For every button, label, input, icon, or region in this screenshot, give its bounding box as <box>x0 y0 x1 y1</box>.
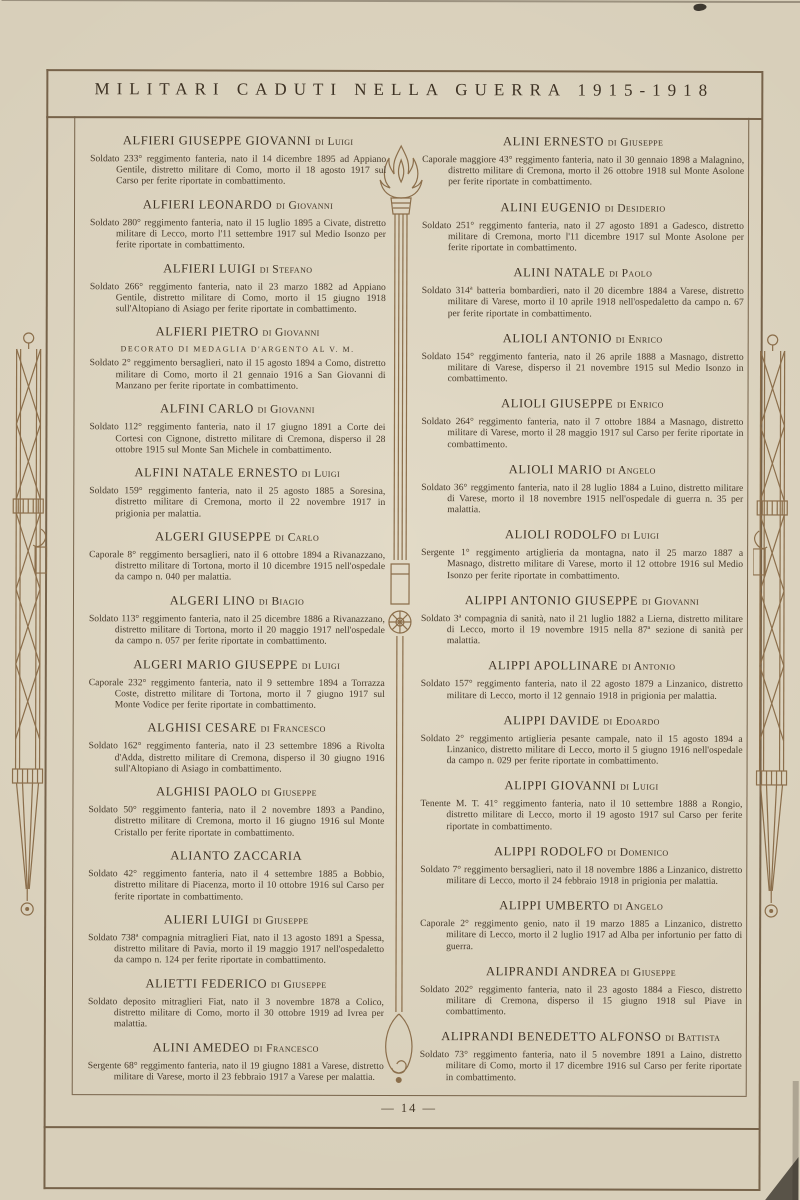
soldier-entry: ALINI ERNESTO di Giuseppe Caporale maggi… <box>422 134 744 188</box>
soldier-father-name: di Giovanni <box>263 327 320 339</box>
soldier-name: ALINI AMEDEO <box>153 1040 254 1054</box>
register-columns: ALFIERI GIUSEPPE GIOVANNI di Luigi Solda… <box>72 116 749 1096</box>
soldier-name-heading: ALIPPI ANTONIO GIUSEPPE di Giovanni <box>421 593 743 609</box>
soldier-name-heading: ALIPPI RODOLFO di Domenico <box>420 844 742 860</box>
soldier-record-text: Soldato 50° reggimento fanteria, nato il… <box>88 804 384 838</box>
soldier-father-name: di Carlo <box>275 532 319 544</box>
soldier-father-name: di Domenico <box>607 846 668 858</box>
soldier-father-name: di Desiderio <box>605 202 666 214</box>
soldier-record-text: Soldato 159° reggimento fanteria, nato i… <box>89 485 385 519</box>
soldier-father-name: di Luigi <box>302 659 340 671</box>
soldier-father-name: di Luigi <box>315 136 353 148</box>
soldier-father-name: di Edoardo <box>603 715 660 727</box>
soldier-record-text: Soldato 113° reggimento fanteria, nato i… <box>89 613 385 647</box>
soldier-record-text: Sergente 68° reggimento fanteria, nato i… <box>88 1060 384 1083</box>
footer-rule-bottom <box>44 1126 760 1129</box>
soldier-name-heading: ALINI EUGENIO di Desiderio <box>422 200 744 216</box>
soldier-record-text: Caporale 2° reggimento genio, nato il 19… <box>420 918 742 952</box>
soldier-name-heading: ALIOLI GIUSEPPE di Enrico <box>421 396 743 412</box>
soldier-name: ALIOLI RODOLFO <box>505 528 621 542</box>
soldier-name: ALGERI GIUSEPPE <box>155 529 275 543</box>
soldier-father-name: di Enrico <box>617 399 664 411</box>
soldier-entry: ALIOLI RODOLFO di Luigi Sergente 1° regg… <box>421 527 743 581</box>
soldier-entry: ALGERI GIUSEPPE di Carlo Caporale 8° reg… <box>89 529 385 583</box>
soldier-father-name: di Francesco <box>261 723 326 735</box>
soldier-name-heading: ALGHISI PAOLO di Giuseppe <box>88 784 384 800</box>
soldier-father-name: di Giovanni <box>642 595 699 607</box>
soldier-name: ALIOLI ANTONIO <box>503 331 616 345</box>
scan-edge-shadow <box>2 0 800 3</box>
decoration-citation: DECORATO DI MEDAGLIA D'ARGENTO AL V. M. <box>90 345 386 355</box>
soldier-name: ALFIERI LEONARDO <box>143 197 276 211</box>
soldier-name-heading: ALINI AMEDEO di Francesco <box>88 1040 384 1056</box>
soldier-entry: ALIERI LUIGI di Giuseppe Soldato 738ª co… <box>88 912 384 966</box>
soldier-record-text: Caporale 8° reggimento bersaglieri, nato… <box>89 549 385 583</box>
soldier-name: ALIPPI UMBERTO <box>499 898 613 912</box>
soldier-name-heading: ALFIERI LEONARDO di Giovanni <box>90 197 386 213</box>
page-edge-shadow <box>792 1081 798 1200</box>
page-number: — 14 — <box>72 1100 747 1117</box>
soldier-name: ALINI EUGENIO <box>500 200 604 214</box>
soldier-entry: ALINI EUGENIO di Desiderio Soldato 251° … <box>422 200 744 254</box>
soldier-entry: ALIPPI DAVIDE di Edoardo Soldato 2° regg… <box>421 713 743 767</box>
soldier-record-text: Soldato 266° reggimento fanteria, nato i… <box>90 281 386 315</box>
soldier-record-text: Soldato 2° reggimento artiglieria pesant… <box>421 733 743 767</box>
soldier-name-heading: ALFIERI PIETRO di Giovanni <box>90 325 386 341</box>
soldier-name-heading: ALFIERI LUIGI di Stefano <box>90 261 386 277</box>
soldier-name-heading: ALIERI LUIGI di Giuseppe <box>88 912 384 928</box>
soldier-name: ALIOLI GIUSEPPE <box>501 396 617 410</box>
soldier-name-heading: ALGERI LINO di Biagio <box>89 593 385 609</box>
soldier-name: ALIPPI RODOLFO <box>494 844 607 858</box>
soldier-name: ALINI NATALE <box>513 265 609 279</box>
soldier-entry: ALFIERI GIUSEPPE GIOVANNI di Luigi Solda… <box>90 133 386 187</box>
soldier-father-name: di Angelo <box>613 901 663 913</box>
soldier-record-text: Soldato 154° reggimento fanteria, nato i… <box>422 351 744 385</box>
soldier-name: ALGHISI PAOLO <box>156 785 261 799</box>
soldier-name: ALGERI MARIO GIUSEPPE <box>133 657 301 671</box>
soldier-father-name: di Luigi <box>302 468 340 480</box>
soldier-entry: ALIOLI GIUSEPPE di Enrico Soldato 264° r… <box>421 396 743 450</box>
soldier-name: ALIOLI MARIO <box>509 462 606 476</box>
soldier-name-heading: ALFINI CARLO di Giovanni <box>89 401 385 417</box>
soldier-record-text: Soldato 36° reggimento fanteria, nato il… <box>421 482 743 516</box>
soldier-father-name: di Biagio <box>259 595 304 607</box>
soldier-name: ALFINI NATALE ERNESTO <box>135 465 302 479</box>
soldier-name: ALIPPI GIOVANNI <box>504 779 620 793</box>
soldier-father-name: di Luigi <box>621 530 659 542</box>
soldier-name-heading: ALGERI GIUSEPPE di Carlo <box>89 529 385 545</box>
soldier-entry: ALIOLI ANTONIO di Enrico Soldato 154° re… <box>422 331 744 385</box>
soldier-father-name: di Paolo <box>609 268 652 280</box>
soldier-record-text: Tenente M. T. 41° reggimento fanteria, n… <box>420 798 742 832</box>
soldier-entry: ALFINI CARLO di Giovanni Soldato 112° re… <box>89 401 385 455</box>
soldier-record-text: Soldato 157° reggimento fanteria, nato i… <box>421 678 743 701</box>
soldier-name: ALFIERI GIUSEPPE GIOVANNI <box>123 133 315 148</box>
soldier-entry: ALIPRANDI ANDREA di Giuseppe Soldato 202… <box>420 964 742 1018</box>
soldier-entry: ALIPPI ANTONIO GIUSEPPE di Giovanni Sold… <box>421 593 743 647</box>
soldier-record-text: Soldato 3ª compagnia di sanità, nato il … <box>421 613 743 647</box>
frame-rule-bottom <box>43 1187 759 1190</box>
soldier-father-name: di Giuseppe <box>271 978 327 990</box>
soldier-name-heading: ALFIERI GIUSEPPE GIOVANNI di Luigi <box>90 133 386 149</box>
scanned-book-page: MILITARI CADUTI NELLA GUERRA 1915-1918 <box>0 0 800 1200</box>
column-divider-gap <box>384 117 423 1095</box>
soldier-name: ALIPPI DAVIDE <box>503 713 603 727</box>
soldier-name: ALIETTI FEDERICO <box>145 976 271 990</box>
soldier-name-heading: ALIPPI GIOVANNI di Luigi <box>420 778 742 794</box>
soldier-name-heading: ALIPRANDI ANDREA di Giuseppe <box>420 964 742 980</box>
soldier-name-heading: ALIPRANDI BENEDETTO ALFONSO di Battista <box>420 1029 742 1045</box>
soldier-name-heading: ALIOLI RODOLFO di Luigi <box>421 527 743 543</box>
soldier-entry: ALFIERI LEONARDO di Giovanni Soldato 280… <box>90 197 386 251</box>
soldier-entry: ALIPPI APOLLINARE di Antonio Soldato 157… <box>421 658 743 701</box>
soldier-entry: ALIETTI FEDERICO di Giuseppe Soldato dep… <box>88 976 384 1030</box>
soldier-name-heading: ALIOLI MARIO di Angelo <box>421 462 743 478</box>
lattice-tower-ornament-left <box>6 329 48 954</box>
soldier-name: ALIPRANDI ANDREA <box>486 964 621 978</box>
soldier-name-heading: ALGERI MARIO GIUSEPPE di Luigi <box>89 657 385 673</box>
soldier-record-text: Soldato 73° reggimento fanteria, nato il… <box>420 1049 742 1083</box>
soldier-record-text: Soldato 251° reggimento fanteria, nato i… <box>422 220 744 254</box>
soldier-name-heading: ALFINI NATALE ERNESTO di Luigi <box>89 465 385 481</box>
soldier-entry: ALGERI LINO di Biagio Soldato 113° reggi… <box>89 593 385 647</box>
soldier-name: ALIERI LUIGI <box>164 912 253 926</box>
soldier-father-name: di Antonio <box>622 661 676 673</box>
soldier-father-name: di Stefano <box>260 263 313 275</box>
soldier-father-name: di Giuseppe <box>608 137 664 149</box>
soldier-entry: ALIOLI MARIO di Angelo Soldato 36° reggi… <box>421 462 743 516</box>
soldier-record-text: Sergente 1° reggimento artiglieria da mo… <box>421 547 743 581</box>
soldier-record-text: Soldato 2° reggimento bersaglieri, nato … <box>90 358 386 392</box>
soldier-name: ALIPRANDI BENEDETTO ALFONSO <box>441 1029 665 1044</box>
soldier-record-text: Soldato 280° reggimento fanteria, nato i… <box>90 217 386 251</box>
soldier-father-name: di Angelo <box>606 464 656 476</box>
column-left: ALFIERI GIUSEPPE GIOVANNI di Luigi Solda… <box>72 116 387 1095</box>
soldier-entry: ALGHISI CESARE di Francesco Soldato 162°… <box>89 721 385 775</box>
soldier-name-heading: ALIPPI APOLLINARE di Antonio <box>421 658 743 674</box>
soldier-entry: ALIPPI UMBERTO di Angelo Caporale 2° reg… <box>420 898 742 952</box>
title-rule-top <box>46 69 762 72</box>
soldier-entry: ALFIERI LUIGI di Stefano Soldato 266° re… <box>90 261 386 315</box>
soldier-name: ALFIERI PIETRO <box>156 325 263 339</box>
soldier-record-text: Soldato 162° reggimento fanteria, nato i… <box>89 741 385 775</box>
soldier-name-heading: ALINI NATALE di Paolo <box>422 265 744 281</box>
soldier-entry: ALINI AMEDEO di Francesco Sergente 68° r… <box>88 1040 384 1083</box>
soldier-entry: ALIPPI RODOLFO di Domenico Soldato 7° re… <box>420 844 742 887</box>
soldier-record-text: Soldato 264° reggimento fanteria, nato i… <box>421 416 743 450</box>
soldier-entry: ALFINI NATALE ERNESTO di Luigi Soldato 1… <box>89 465 385 519</box>
soldier-record-text: Soldato 738ª compagnia mitraglieri Fiat,… <box>88 932 384 966</box>
soldier-name: ALFIERI LUIGI <box>163 261 260 275</box>
soldier-record-text: Caporale maggiore 43° reggimento fanteri… <box>422 154 744 188</box>
soldier-name-heading: ALGHISI CESARE di Francesco <box>89 721 385 737</box>
soldier-father-name: di Giovanni <box>258 404 315 416</box>
soldier-name: ALIPPI APOLLINARE <box>488 659 622 673</box>
soldier-name-heading: ALIPPI DAVIDE di Edoardo <box>421 713 743 729</box>
soldier-record-text: Soldato 202° reggimento fanteria, nato i… <box>420 984 742 1018</box>
soldier-name-heading: ALIPPI UMBERTO di Angelo <box>420 898 742 914</box>
soldier-record-text: Soldato 42° reggimento fanteria, nato il… <box>88 868 384 902</box>
lattice-tower-ornament-right <box>752 331 794 956</box>
soldier-record-text: Soldato deposito mitraglieri Fiat, nato … <box>88 996 384 1030</box>
soldier-name: ALFINI CARLO <box>160 402 257 416</box>
soldier-father-name: di Francesco <box>254 1042 319 1054</box>
column-right: ALINI ERNESTO di Giuseppe Caporale maggi… <box>420 117 749 1096</box>
soldier-father-name: di Giuseppe <box>620 966 676 978</box>
soldier-father-name: di Giuseppe <box>261 787 317 799</box>
soldier-entry: ALGERI MARIO GIUSEPPE di Luigi Caporale … <box>89 657 385 711</box>
soldier-entry: ALIPRANDI BENEDETTO ALFONSO di Battista … <box>420 1029 742 1083</box>
soldier-name-heading: ALINI ERNESTO di Giuseppe <box>422 134 744 150</box>
soldier-record-text: Soldato 112° reggimento fanteria, nato i… <box>89 421 385 455</box>
soldier-record-text: Soldato 7° reggimento bersaglieri, nato … <box>420 864 742 887</box>
soldier-entry: ALFIERI PIETRO di Giovanni DECORATO DI M… <box>90 325 386 392</box>
soldier-name-heading: ALIOLI ANTONIO di Enrico <box>422 331 744 347</box>
soldier-father-name: di Giovanni <box>276 200 333 212</box>
soldier-entry: ALIPPI GIOVANNI di Luigi Tenente M. T. 4… <box>420 778 742 832</box>
soldier-father-name: di Enrico <box>616 333 663 345</box>
soldier-record-text: Caporale 232° reggimento fanteria, nato … <box>89 677 385 711</box>
soldier-father-name: di Battista <box>665 1032 720 1044</box>
soldier-name: ALGHISI CESARE <box>147 721 260 735</box>
soldier-name-heading: ALIETTI FEDERICO di Giuseppe <box>88 976 384 992</box>
soldier-name: ALIPPI ANTONIO GIUSEPPE <box>465 593 642 607</box>
soldier-name: ALIANTO ZACCARIA <box>170 849 302 863</box>
page-title: MILITARI CADUTI NELLA GUERRA 1915-1918 <box>46 79 762 101</box>
soldier-entry: ALGHISI PAOLO di Giuseppe Soldato 50° re… <box>88 784 384 838</box>
soldier-entry: ALINI NATALE di Paolo Soldato 314ª batte… <box>422 265 744 319</box>
soldier-name-heading: ALIANTO ZACCARIA <box>88 848 384 864</box>
soldier-father-name: di Giuseppe <box>253 915 309 927</box>
soldier-record-text: Soldato 233° reggimento fanteria, nato i… <box>90 153 386 187</box>
ink-speck <box>693 3 707 12</box>
soldier-name: ALGERI LINO <box>170 593 259 607</box>
soldier-entry: ALIANTO ZACCARIA Soldato 42° reggimento … <box>88 848 384 902</box>
soldier-name: ALINI ERNESTO <box>503 134 608 148</box>
soldier-record-text: Soldato 314ª batteria bombardieri, nato … <box>422 285 744 319</box>
soldier-father-name: di Luigi <box>620 781 658 793</box>
